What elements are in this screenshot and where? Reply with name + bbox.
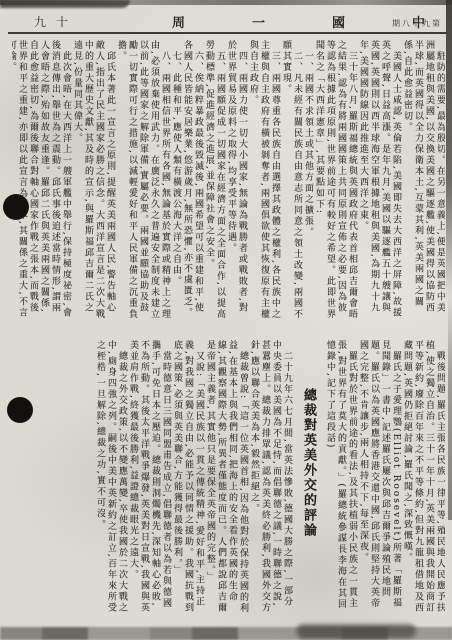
bottom-text-block: 戰後問題,羅氏主張各民族一律平等,殖民地人民應予扶植,使之獨立自治。三十一年十月… — [12, 340, 445, 614]
text-column-paragraph: 羅氏對於世界前途的看法,及其扶植弱小民族之一貫主張,對世界有了莫大的貢獻。」(羅… — [324, 340, 357, 614]
article-headline: 總裁對英美外交的評論 — [300, 340, 316, 614]
scanned-magazine-page: { "header": { "page_number_display": "九十… — [0, 0, 452, 640]
scan-edge-top — [0, 0, 452, 5]
text-column-paragraph: 二十九年六七月間,當英法慘敗,德國大勝之際,一部分中央委員以美國為不足恃,而倡聯… — [248, 340, 292, 614]
text-column-paragraph: 六、俟納粹暴政最後毀滅後,兩國希望可以重建和平,使各國人民皆能安居樂業,悠游歲月… — [181, 40, 203, 321]
ink-blot — [3, 194, 29, 220]
scan-edge-right — [446, 0, 452, 300]
text-column-paragraph: 一、兩國不求領土或其他方面之擴張。 — [302, 40, 313, 321]
issue-number: 期八十九第 — [392, 18, 442, 29]
text-column-paragraph: 駐防的需要,最為殷切。在另一意義上,便是英國把中美洲屬地租與美國,以交換美國之驅… — [401, 40, 445, 321]
text-column-paragraph: 四、兩國力使一切大小國家,無論為戰勝者或戰敗者,對於世界貿易及原料之取得,均享受… — [225, 40, 247, 321]
page-number: 九十 — [34, 13, 78, 30]
text-column-paragraph: 三十年八月,羅斯福總統與英國政府代表首相邱吉爾會晤之結果,認為有將兩國國策上共同… — [313, 40, 357, 321]
scan-edge-right-lower — [448, 290, 452, 520]
text-column-paragraph: 此次會晤,在大西洋上一艘軍艦中舉行,保持極度祕密,會後消息傳出,舉世為之震動。邱… — [12, 40, 71, 321]
text-column-paragraph: 美國人士咸認,英倫若陷,美國即失去大西洋之屏障,故援英之呼聲,日益高漲。是年九月… — [357, 40, 401, 321]
scan-edge-bottom-blob — [296, 624, 416, 638]
text-column-paragraph: 三、兩國尊重各民族自由選擇其政體之權利,各民族中之主權與自主政府有橫被剝奪者,兩… — [247, 40, 280, 321]
text-column-paragraph: 七、此種和平,應使人類有橫渡公海大洋之自由。 — [170, 40, 181, 321]
text-column-paragraph: 又說:「美國民族以一貫之傳統精神,愛好和平,主持正義,對我國之獨立自由,必能予以… — [171, 340, 204, 614]
text-column-paragraph: 戰後問題,羅氏主張各民族一律平等,殖民地人民應予扶植,使之獨立自治。三十一年十月… — [401, 340, 445, 614]
text-column-paragraph: 總裁曾說:「這一位英國首相,因為他對於保持英國的利益,在基本上與我們相同,把海上… — [204, 340, 248, 614]
scan-edge-bottom — [0, 627, 452, 640]
text-column-paragraph: 當時德意日三國同盟甫告成立,倡聯德者以為若與德國攜手,可免日本之壓迫。總裁則洞燭… — [127, 340, 171, 614]
text-column-paragraph: 八、兩國相信世界所有各國,無論基於實際或精神上之理由,必須放棄使用武力。在廣泛永… — [115, 40, 170, 321]
text-column-paragraph: 羅氏之子愛理鶚(Elliot Roosevelt)所著「羅斯福見聞錄」一書中,記… — [357, 340, 401, 614]
ink-blot — [7, 397, 33, 423]
text-column-paragraph: 總裁之外交政策,以不變應萬變,卒使我國於二次大戰之中,廁身四強之列。嗣後中美中英… — [94, 340, 127, 614]
text-column-paragraph: 五、兩國願促成一切國家在經濟方面之全面合作,以提高勞動標準,促進經濟之進展,並保… — [203, 40, 225, 321]
scan-edge-top-blob — [0, 0, 130, 8]
header-rule — [8, 32, 447, 34]
text-column-paragraph: 邱氏本著此一宣言之原則,提醒英美兩國人民,警告軸心敵人,指出了民主國家必勝之信念… — [71, 40, 115, 321]
top-text-block: 駐防的需要,最為殷切。在另一意義上,便是英國把中美洲屬地租與美國,以交換美國之驅… — [12, 40, 445, 321]
text-column-paragraph: 二、凡未經有關民族自由意志所同意之領土改變,兩國不願其實現。 — [280, 40, 302, 321]
